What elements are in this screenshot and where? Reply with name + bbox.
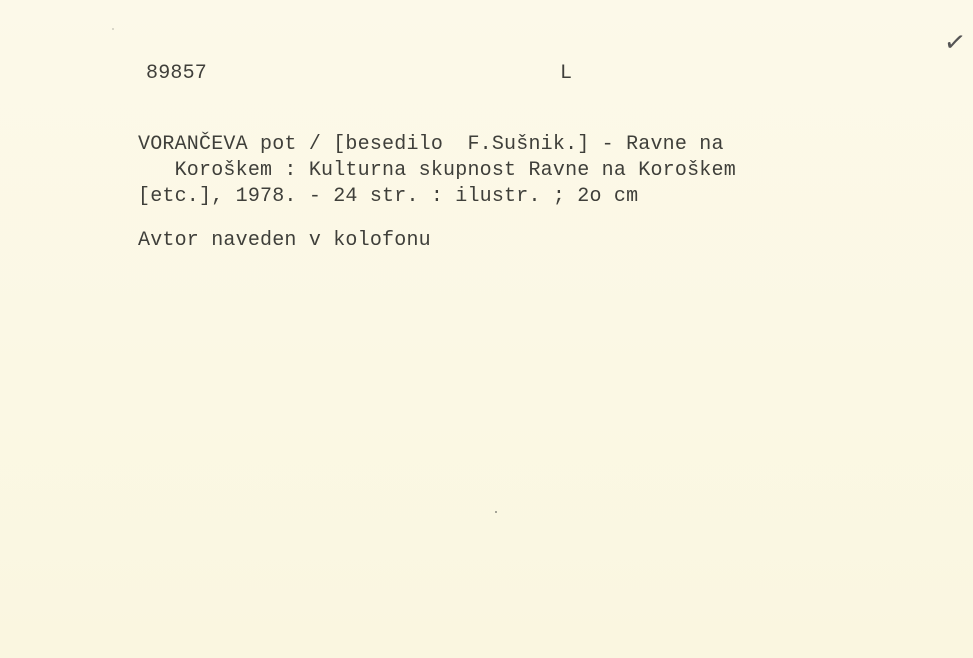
bibliographic-line-2: Koroškem : Kulturna skupnost Ravne na Ko…	[138, 160, 736, 182]
note-line: Avtor naveden v kolofonu	[138, 230, 431, 252]
bibliographic-line-3: [etc.], 1978. - 24 str. : ilustr. ; 2o c…	[138, 186, 638, 208]
bibliographic-line-1: VORANČEVA pot / [besedilo F.Sušnik.] - R…	[138, 134, 724, 156]
accession-number: 89857	[146, 63, 207, 85]
paper-speck	[495, 511, 497, 513]
location-code: L	[560, 63, 572, 85]
paper-speck	[112, 28, 114, 30]
catalog-card: 89857 L VORANČEVA pot / [besedilo F.Sušn…	[0, 0, 973, 658]
checkmark-icon: ✓	[942, 27, 968, 60]
